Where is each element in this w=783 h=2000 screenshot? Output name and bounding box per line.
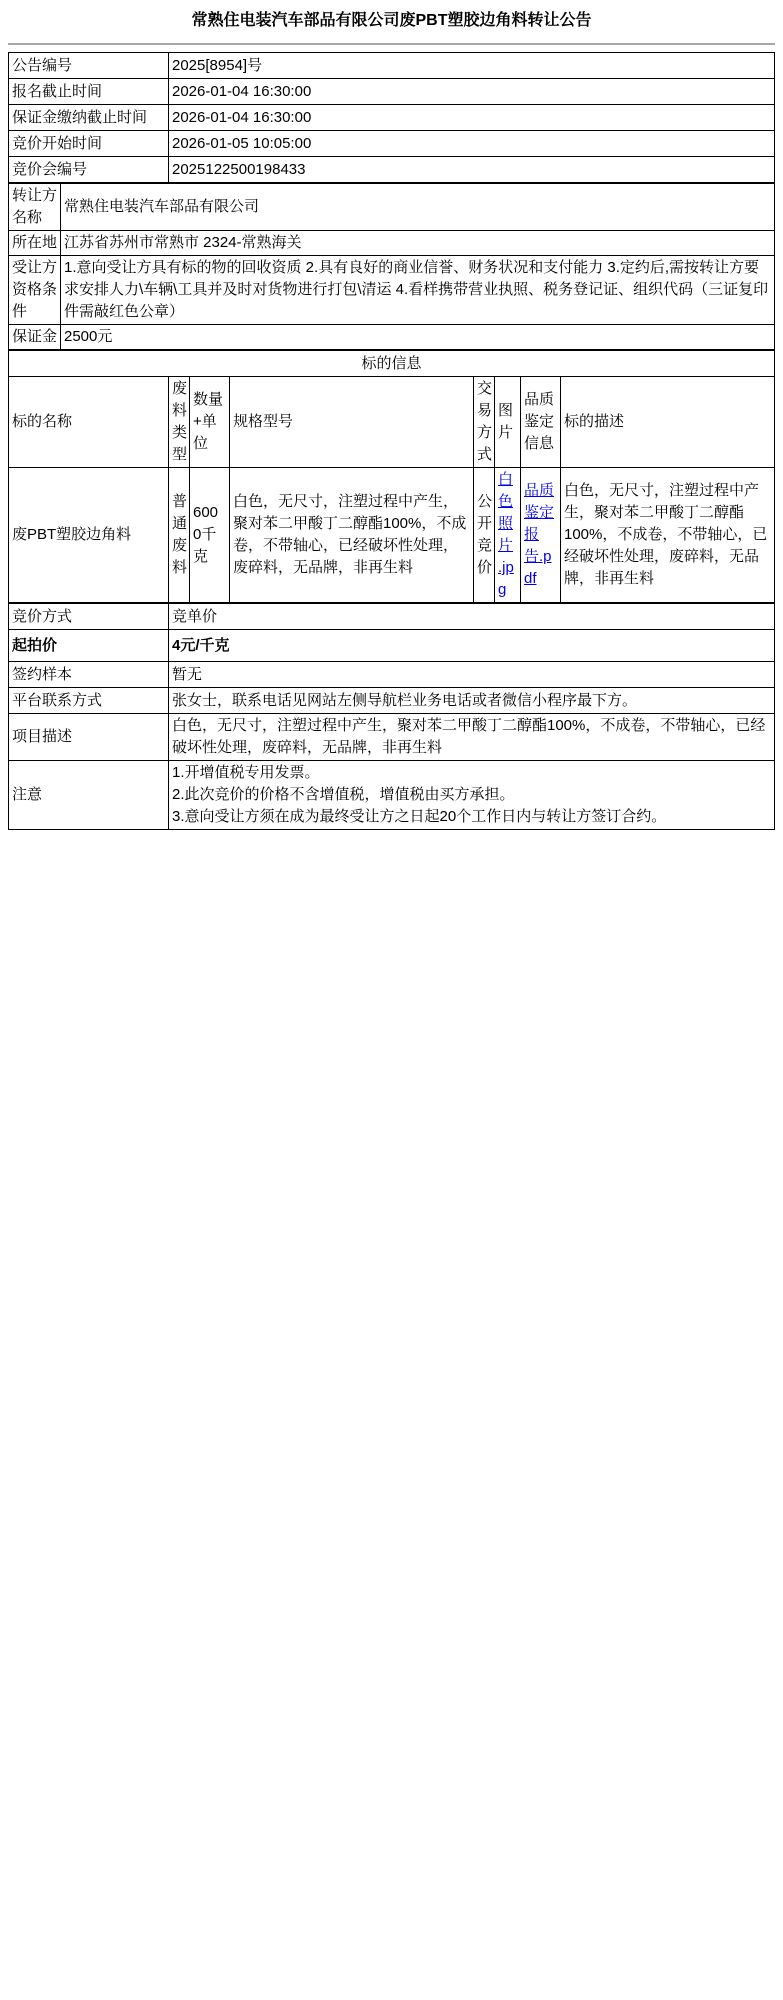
column-header: 品质鉴定信息 [521,377,561,468]
quality-report-link[interactable]: 品质鉴定报告.pdf [524,482,554,587]
row-label: 竞价方式 [9,604,169,630]
row-label: 受让方资格条件 [9,256,61,325]
item-waste-type-cell: 普通废料 [169,468,190,603]
row-value: 1.意向受让方具有标的物的回收资质 2.具有良好的商业信誉、财务状况和支付能力 … [61,256,775,325]
row-label: 公告编号 [9,53,169,79]
column-header-row: 标的名称 废料类型 数量+单位 规格型号 交易方式 图片 品质鉴定信息 标的描述 [9,377,775,468]
table-row: 公告编号 2025[8954]号 [9,53,775,79]
table-row: 保证金缴纳截止时间 2026-01-04 16:30:00 [9,105,775,131]
row-value: 张女士，联系电话见网站左侧导航栏业务电话或者微信小程序最下方。 [169,688,775,714]
row-value: 2025[8954]号 [169,53,775,79]
item-quality-cell: 品质鉴定报告.pdf [521,468,561,603]
row-value: 2026-01-04 16:30:00 [169,105,775,131]
transferor-table: 转让方名称 常熟住电装汽车部品有限公司 所在地 江苏省苏州市常熟市 2324-常… [8,183,775,350]
announcement-page: 常熟住电装汽车部品有限公司废PBT塑胶边角料转让公告 公告编号 2025[895… [8,0,775,830]
item-name-cell: 废PBT塑胶边角料 [9,468,169,603]
row-value: 2026-01-05 10:05:00 [169,131,775,157]
row-value: 1.开增值税专用发票。 2.此次竞价的价格不含增值税，增值税由买方承担。 3.意… [169,761,775,830]
page-title: 常熟住电装汽车部品有限公司废PBT塑胶边角料转让公告 [8,8,775,32]
item-spec-cell: 白色，无尺寸，注塑过程中产生，聚对苯二甲酸丁二醇酯100%，不成卷，不带轴心，已… [230,468,474,603]
table-row: 项目描述 白色，无尺寸，注塑过程中产生，聚对苯二甲酸丁二醇酯100%，不成卷，不… [9,714,775,761]
row-value: 2026-01-04 16:30:00 [169,79,775,105]
table-row: 竞价方式 竞单价 [9,604,775,630]
divider [8,43,775,45]
table-row: 所在地 江苏省苏州市常熟市 2324-常熟海关 [9,231,775,256]
bidding-table: 竞价方式 竞单价 起拍价 4元/千克 签约样本 暂无 平台联系方式 张女士，联系… [8,603,775,830]
basic-info-table: 公告编号 2025[8954]号 报名截止时间 2026-01-04 16:30… [8,52,775,183]
section-header-row: 标的信息 [9,351,775,377]
table-row: 保证金 2500元 [9,325,775,350]
notice-row: 注意 1.开增值税专用发票。 2.此次竞价的价格不含增值税，增值税由买方承担。 … [9,761,775,830]
row-value: 2500元 [61,325,775,350]
row-value: 常熟住电装汽车部品有限公司 [61,184,775,231]
row-label: 保证金 [9,325,61,350]
table-row: 签约样本 暂无 [9,662,775,688]
row-label: 平台联系方式 [9,688,169,714]
row-value: 江苏省苏州市常熟市 2324-常熟海关 [61,231,775,256]
item-description-cell: 白色，无尺寸，注塑过程中产生，聚对苯二甲酸丁二醇酯100%，不成卷，不带轴心，已… [561,468,775,603]
image-link[interactable]: 白色照片.jpg [498,471,514,598]
column-header: 标的名称 [9,377,169,468]
table-row: 竞价会编号 2025122500198433 [9,157,775,183]
row-label: 报名截止时间 [9,79,169,105]
column-header: 交易方式 [474,377,495,468]
row-label: 注意 [9,761,169,830]
row-label: 保证金缴纳截止时间 [9,105,169,131]
column-header: 废料类型 [169,377,190,468]
row-label: 竞价开始时间 [9,131,169,157]
starting-price-row: 起拍价 4元/千克 [9,630,775,662]
item-quantity-cell: 6000千克 [190,468,230,603]
row-label: 转让方名称 [9,184,61,231]
row-value: 白色，无尺寸，注塑过程中产生，聚对苯二甲酸丁二醇酯100%，不成卷，不带轴心，已… [169,714,775,761]
row-value: 暂无 [169,662,775,688]
item-trade-mode-cell: 公开竞价 [474,468,495,603]
table-row: 报名截止时间 2026-01-04 16:30:00 [9,79,775,105]
row-label: 所在地 [9,231,61,256]
column-header: 数量+单位 [190,377,230,468]
row-value: 4元/千克 [169,630,775,662]
row-label: 竞价会编号 [9,157,169,183]
row-value: 2025122500198433 [169,157,775,183]
table-row: 受让方资格条件 1.意向受让方具有标的物的回收资质 2.具有良好的商业信誉、财务… [9,256,775,325]
section-title: 标的信息 [9,351,775,377]
column-header: 规格型号 [230,377,474,468]
table-row: 竞价开始时间 2026-01-05 10:05:00 [9,131,775,157]
subject-info-table: 标的信息 标的名称 废料类型 数量+单位 规格型号 交易方式 图片 品质鉴定信息… [8,350,775,603]
row-label: 签约样本 [9,662,169,688]
subject-item-row: 废PBT塑胶边角料 普通废料 6000千克 白色，无尺寸，注塑过程中产生，聚对苯… [9,468,775,603]
row-label: 项目描述 [9,714,169,761]
item-image-cell: 白色照片.jpg [495,468,521,603]
column-header: 标的描述 [561,377,775,468]
row-label: 起拍价 [9,630,169,662]
column-header: 图片 [495,377,521,468]
row-value: 竞单价 [169,604,775,630]
table-row: 转让方名称 常熟住电装汽车部品有限公司 [9,184,775,231]
table-row: 平台联系方式 张女士，联系电话见网站左侧导航栏业务电话或者微信小程序最下方。 [9,688,775,714]
